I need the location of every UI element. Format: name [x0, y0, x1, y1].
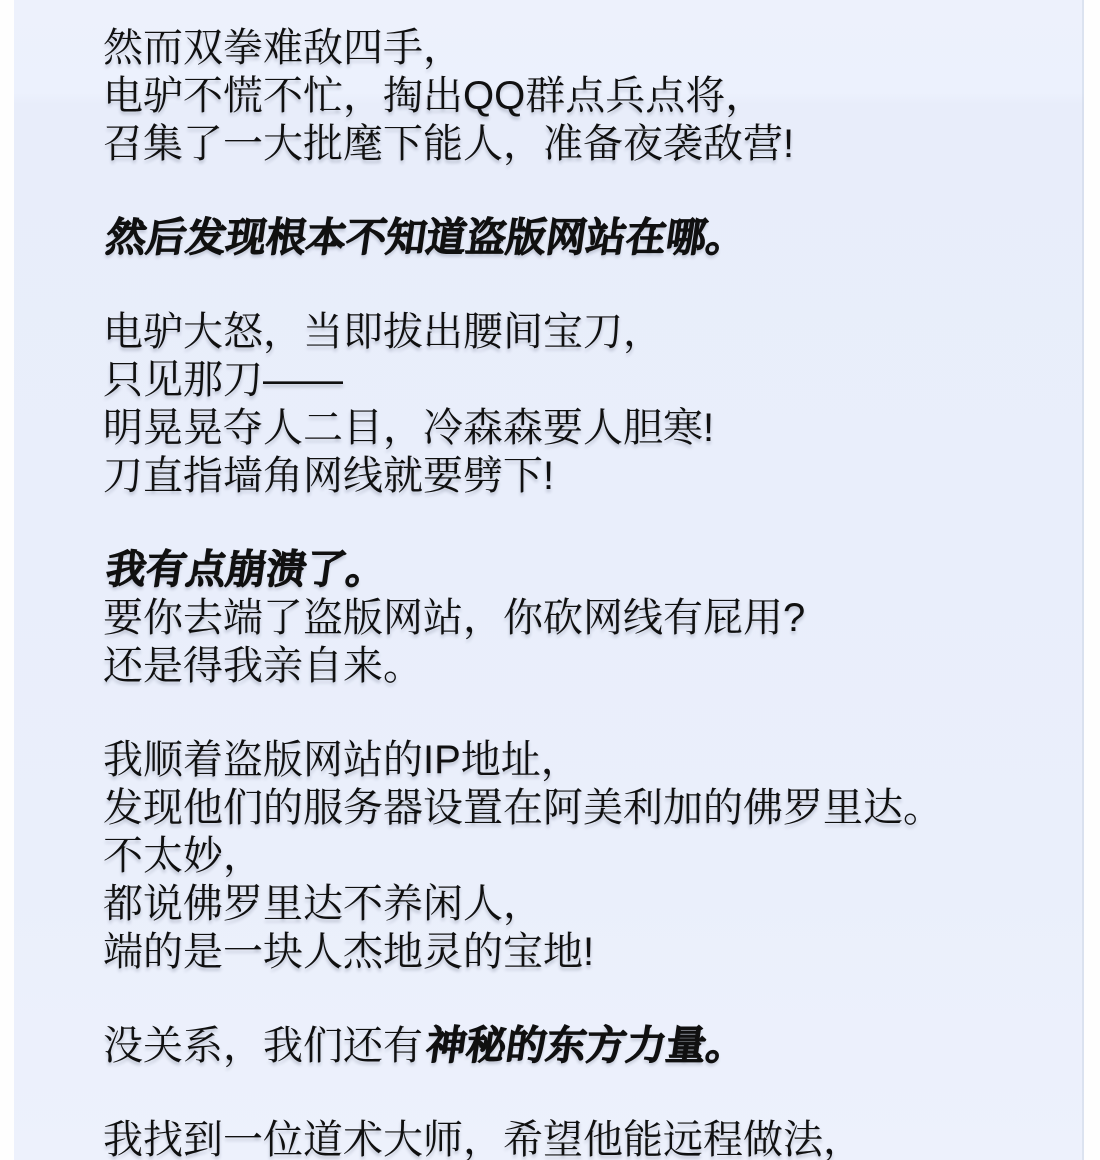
body-text: 没关系，我们还有: [103, 1024, 423, 1068]
text-line: 还是得我亲自来。: [103, 642, 1060, 690]
body-text: 刀直指墙角网线就要劈下!: [103, 454, 554, 498]
text-line: 发现他们的服务器设置在阿美利加的佛罗里达。: [103, 784, 1060, 832]
body-text: 然而双拳难敌四手，: [103, 26, 463, 70]
text-line: 电驴大怒，当即拔出腰间宝刀，: [103, 308, 1060, 356]
text-line: 我顺着盗版网站的IP地址，: [103, 736, 1060, 784]
body-text: 召集了一大批麾下能人，准备夜袭敌营!: [103, 122, 794, 166]
text-line: 没关系，我们还有神秘的东方力量。: [103, 1022, 1060, 1070]
emphasis-text: 神秘的东方力量。: [423, 1022, 750, 1070]
body-text: 端的是一块人杰地灵的宝地!: [103, 930, 594, 974]
body-text: 要你去端了盗版网站，你砍网线有屁用?: [103, 596, 805, 640]
body-text: 电驴不慌不忙，掏出QQ群点兵点将，: [103, 74, 765, 118]
body-text: 发现他们的服务器设置在阿美利加的佛罗里达。: [103, 786, 943, 830]
paragraph: 我找到一位道术大师，希望他能远程做法，: [103, 1116, 1060, 1160]
paragraph: 然后发现根本不知道盗版网站在哪。: [103, 214, 1060, 262]
paragraph: 电驴大怒，当即拔出腰间宝刀，只见那刀——明晃晃夺人二目，冷森森要人胆寒!刀直指墙…: [103, 308, 1060, 500]
text-line: 都说佛罗里达不养闲人，: [103, 880, 1060, 928]
text-line: 召集了一大批麾下能人，准备夜袭敌营!: [103, 120, 1060, 168]
body-text: 我顺着盗版网站的IP地址，: [103, 738, 581, 782]
page-background: 然而双拳难敌四手，电驴不慌不忙，掏出QQ群点兵点将，召集了一大批麾下能人，准备夜…: [0, 0, 1100, 1160]
text-line: 电驴不慌不忙，掏出QQ群点兵点将，: [103, 72, 1060, 120]
body-text: 我找到一位道术大师，希望他能远程做法，: [103, 1118, 863, 1160]
paragraph: 我顺着盗版网站的IP地址，发现他们的服务器设置在阿美利加的佛罗里达。不太妙，都说…: [103, 736, 1060, 976]
text-line: 明晃晃夺人二目，冷森森要人胆寒!: [103, 404, 1060, 452]
paragraph: 我有点崩溃了。要你去端了盗版网站，你砍网线有屁用?还是得我亲自来。: [103, 546, 1060, 690]
text-line: 刀直指墙角网线就要劈下!: [103, 452, 1060, 500]
body-text: 电驴大怒，当即拔出腰间宝刀，: [103, 310, 663, 354]
left-gutter: [0, 0, 14, 1160]
body-text: 不太妙，: [103, 834, 263, 878]
body-text: 都说佛罗里达不养闲人，: [103, 882, 543, 926]
paragraph: 没关系，我们还有神秘的东方力量。: [103, 1022, 1060, 1070]
text-line: 不太妙，: [103, 832, 1060, 880]
text-line: 我找到一位道术大师，希望他能远程做法，: [103, 1116, 1060, 1160]
body-text: 还是得我亲自来。: [103, 644, 423, 688]
text-line: 我有点崩溃了。: [103, 546, 1060, 594]
emphasis-text: 然后发现根本不知道盗版网站在哪。: [103, 214, 750, 262]
body-text: 只见那刀——: [103, 358, 343, 402]
article-content: 然而双拳难敌四手，电驴不慌不忙，掏出QQ群点兵点将，召集了一大批麾下能人，准备夜…: [0, 0, 1100, 1160]
right-gutter: [1084, 0, 1100, 1160]
text-line: 然后发现根本不知道盗版网站在哪。: [103, 214, 1060, 262]
body-text: 明晃晃夺人二目，冷森森要人胆寒!: [103, 406, 714, 450]
paragraph: 然而双拳难敌四手，电驴不慌不忙，掏出QQ群点兵点将，召集了一大批麾下能人，准备夜…: [103, 24, 1060, 168]
emphasis-text: 我有点崩溃了。: [103, 546, 390, 594]
text-line: 端的是一块人杰地灵的宝地!: [103, 928, 1060, 976]
text-line: 只见那刀——: [103, 356, 1060, 404]
text-line: 然而双拳难敌四手，: [103, 24, 1060, 72]
text-line: 要你去端了盗版网站，你砍网线有屁用?: [103, 594, 1060, 642]
